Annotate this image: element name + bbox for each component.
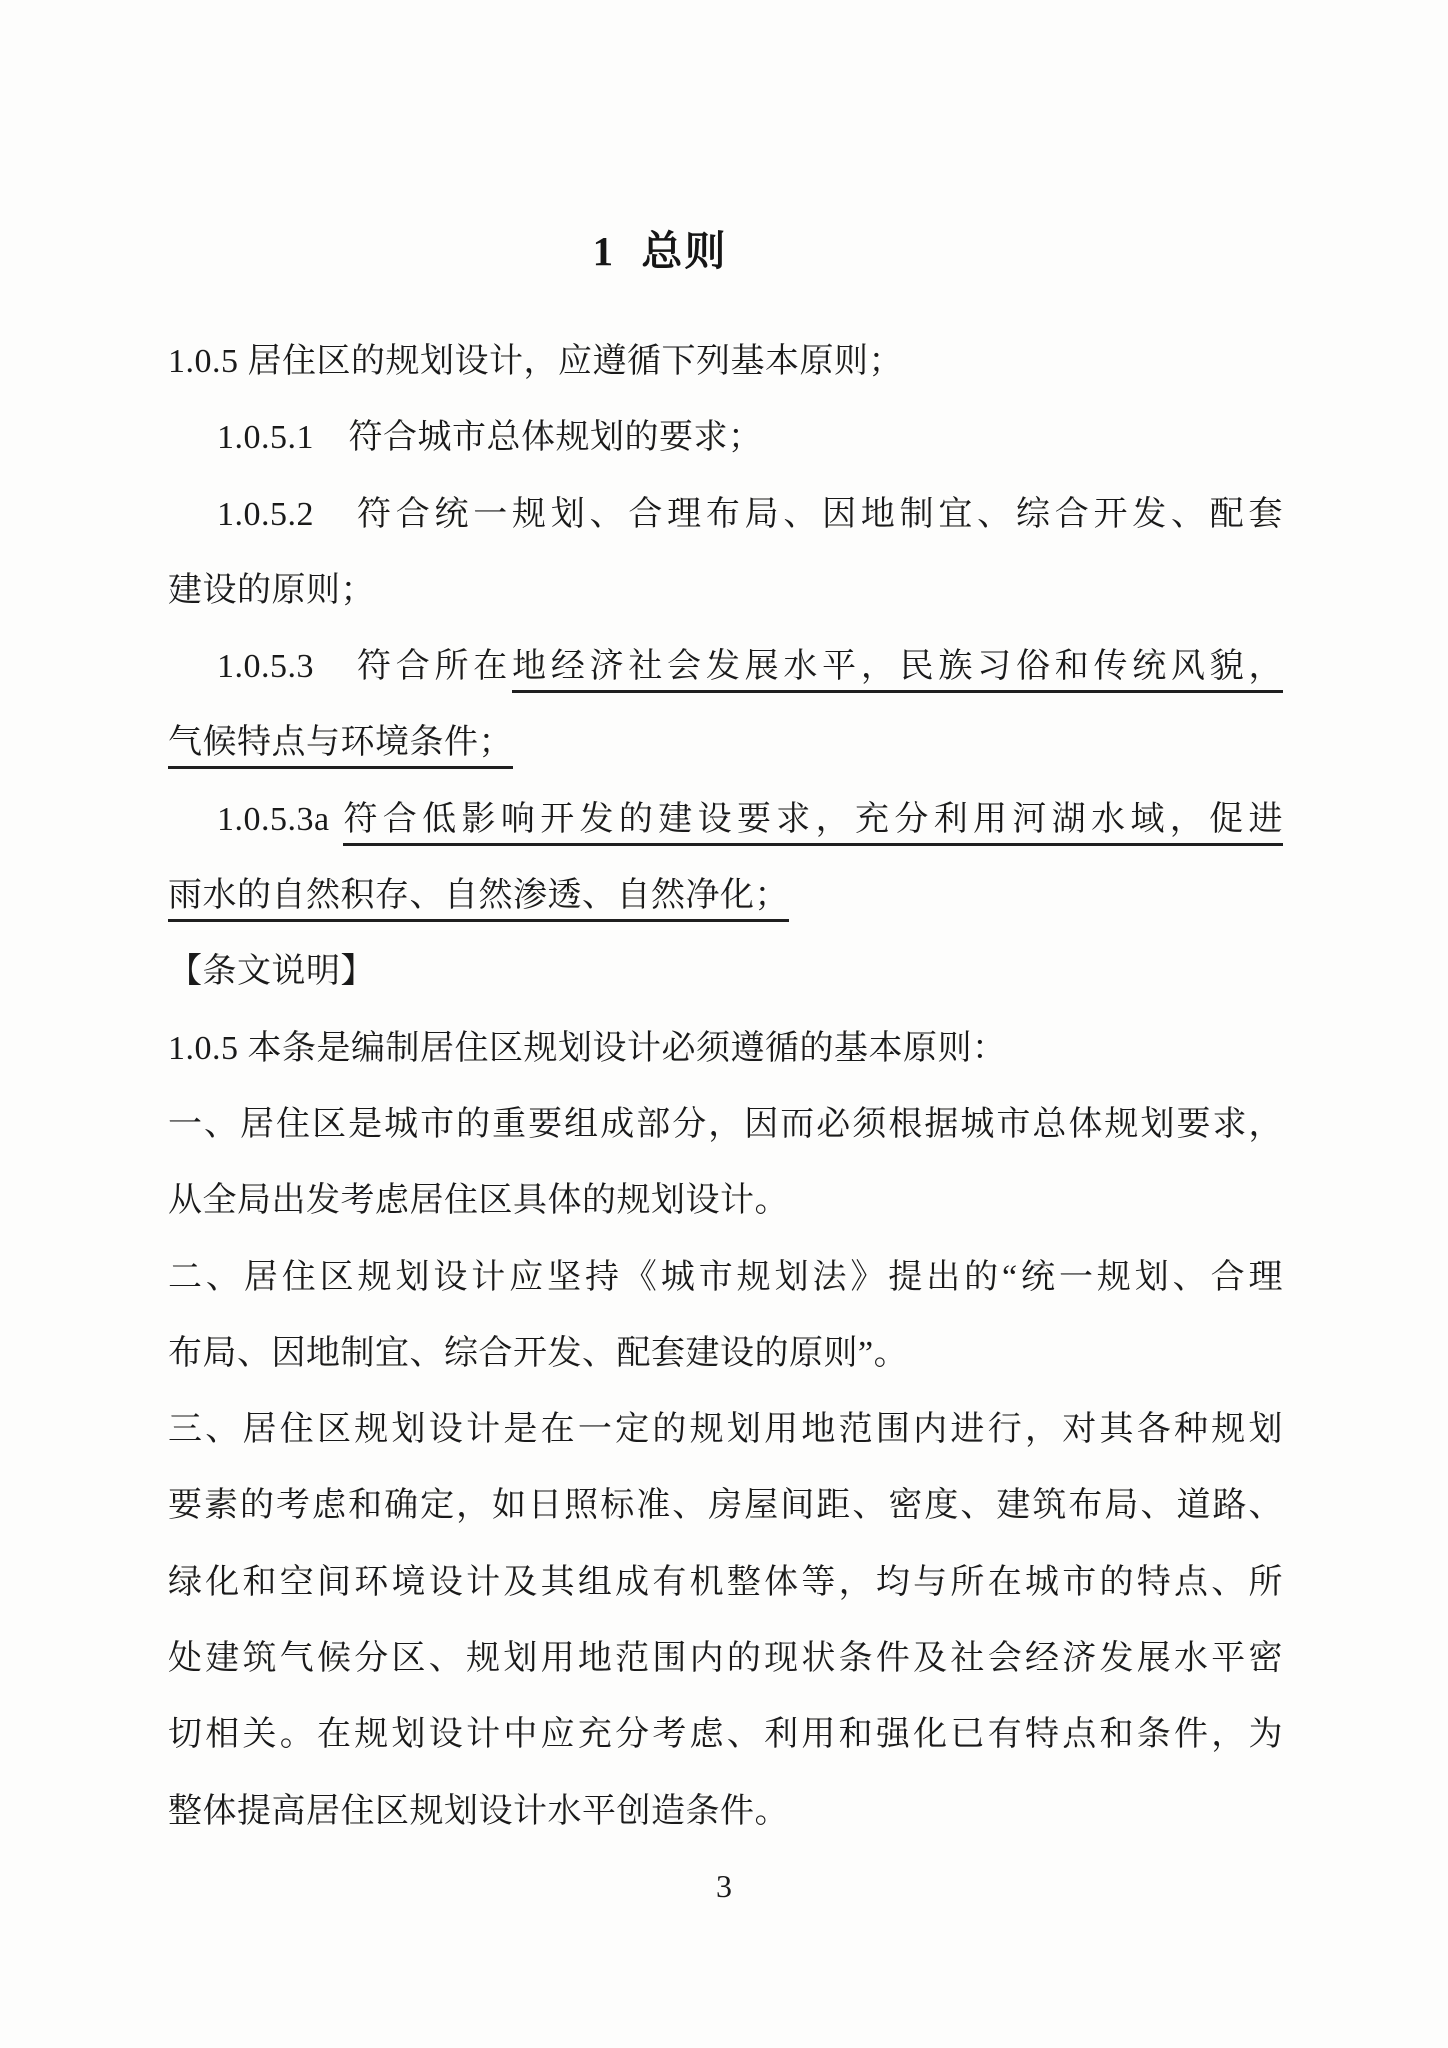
text-segment: 布局、因地制宜、综合开发、配套建设的原则”。 — [168, 1335, 908, 1372]
underlined-text-segment: 符合低影响开发的建设要求，充分利用河湖水域，促进 — [343, 801, 1283, 846]
text-line: 1.0.5.2 符合统一规划、合理布局、因地制宜、综合开发、配套 — [168, 477, 1283, 553]
page-title: 1 总则 — [0, 218, 1320, 277]
underlined-text-segment: 雨水的自然积存、自然渗透、自然净化； — [168, 877, 789, 922]
document-page: 1 总则 1.0.5 居住区的规划设计，应遵循下列基本原则；1.0.5.1 符合… — [0, 0, 1448, 2048]
text-segment: 一、居住区是城市的重要组成部分，因而必须根据城市总体规划要求， — [168, 1106, 1283, 1143]
underlined-text-segment: 地经济社会发展水平，民族习俗和传统风貌， — [512, 648, 1283, 693]
text-segment: 整体提高居住区规划设计水平创造条件。 — [168, 1793, 789, 1830]
text-line: 【条文说明】 — [168, 934, 1283, 1010]
text-segment: 1.0.5 本条是编制居住区规划设计必须遵循的基本原则： — [168, 1030, 1007, 1067]
text-line: 整体提高居住区规划设计水平创造条件。 — [168, 1774, 1283, 1850]
text-line: 1.0.5.1 符合城市总体规划的要求； — [168, 400, 1283, 476]
text-segment: 二、居住区规划设计应坚持《城市规划法》提出的“统一规划、合理 — [168, 1259, 1283, 1296]
text-line: 1.0.5 居住区的规划设计，应遵循下列基本原则； — [168, 324, 1283, 400]
text-line: 一、居住区是城市的重要组成部分，因而必须根据城市总体规划要求， — [168, 1087, 1283, 1163]
page-number: 3 — [0, 1868, 1448, 1905]
text-line: 三、居住区规划设计是在一定的规划用地范围内进行，对其各种规划 — [168, 1392, 1283, 1468]
text-line: 从全局出发考虑居住区具体的规划设计。 — [168, 1163, 1283, 1239]
text-segment: 从全局出发考虑居住区具体的规划设计。 — [168, 1182, 789, 1219]
text-segment: 处建筑气候分区、规划用地范围内的现状条件及社会经济发展水平密 — [168, 1640, 1283, 1677]
text-line: 1.0.5.3 符合所在地经济社会发展水平，民族习俗和传统风貌， — [168, 629, 1283, 705]
text-segment: 1.0.5.2 符合统一规划、合理布局、因地制宜、综合开发、配套 — [217, 496, 1283, 533]
text-segment: 切相关。在规划设计中应充分考虑、利用和强化已有特点和条件，为 — [168, 1716, 1283, 1753]
text-segment: 【条文说明】 — [168, 953, 375, 990]
text-line: 布局、因地制宜、综合开发、配套建设的原则”。 — [168, 1316, 1283, 1392]
text-line: 二、居住区规划设计应坚持《城市规划法》提出的“统一规划、合理 — [168, 1240, 1283, 1316]
text-segment: 要素的考虑和确定，如日照标准、房屋间距、密度、建筑布局、道路、 — [168, 1487, 1283, 1524]
text-line: 雨水的自然积存、自然渗透、自然净化； — [168, 858, 1283, 934]
text-segment: 1.0.5.3a — [217, 801, 343, 838]
text-segment: 绿化和空间环境设计及其组成有机整体等，均与所在城市的特点、所 — [168, 1564, 1283, 1601]
text-line: 建设的原则； — [168, 553, 1283, 629]
text-line: 气候特点与环境条件； — [168, 705, 1283, 781]
text-segment: 1.0.5.3 符合所在 — [217, 648, 512, 685]
document-body: 1.0.5 居住区的规划设计，应遵循下列基本原则；1.0.5.1 符合城市总体规… — [168, 324, 1283, 1850]
text-line: 切相关。在规划设计中应充分考虑、利用和强化已有特点和条件，为 — [168, 1697, 1283, 1773]
text-line: 1.0.5.3a 符合低影响开发的建设要求，充分利用河湖水域，促进 — [168, 782, 1283, 858]
text-line: 绿化和空间环境设计及其组成有机整体等，均与所在城市的特点、所 — [168, 1545, 1283, 1621]
underlined-text-segment: 气候特点与环境条件； — [168, 724, 513, 769]
text-segment: 建设的原则； — [168, 572, 375, 609]
text-segment: 1.0.5 居住区的规划设计，应遵循下列基本原则； — [168, 343, 903, 380]
text-line: 处建筑气候分区、规划用地范围内的现状条件及社会经济发展水平密 — [168, 1621, 1283, 1697]
text-line: 1.0.5 本条是编制居住区规划设计必须遵循的基本原则： — [168, 1011, 1283, 1087]
text-segment: 三、居住区规划设计是在一定的规划用地范围内进行，对其各种规划 — [168, 1411, 1283, 1448]
text-line: 要素的考虑和确定，如日照标准、房屋间距、密度、建筑布局、道路、 — [168, 1468, 1283, 1544]
text-segment: 1.0.5.1 符合城市总体规划的要求； — [217, 419, 763, 456]
